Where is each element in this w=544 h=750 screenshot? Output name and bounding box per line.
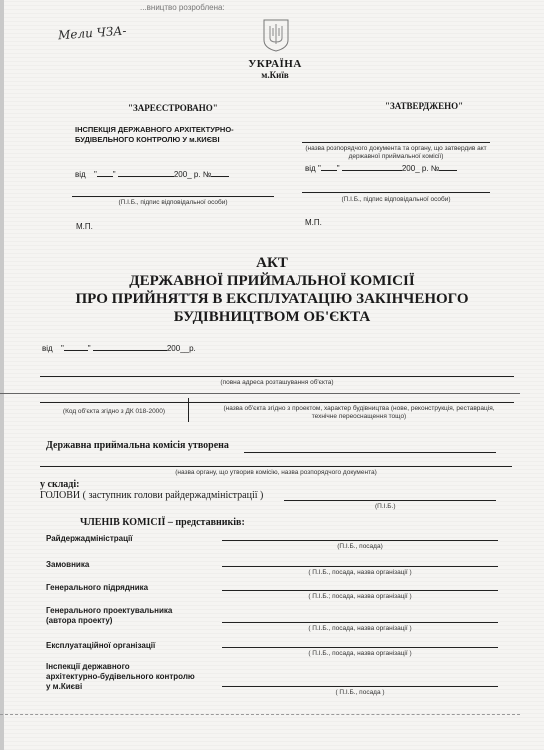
- commission-created-label: Державна приймальна комісія утворена: [46, 440, 229, 451]
- object-code-caption: (Код об'єкта згідно з ДК 018-2000): [40, 408, 188, 415]
- approved-document-line[interactable]: [302, 142, 490, 143]
- document-page: ...вництво розроблена: Мели ЧЗА- УКРАЇНА…: [0, 0, 544, 750]
- object-line[interactable]: [40, 402, 514, 403]
- approved-stamp: "ЗАТВЕРДЖЕНО": [385, 101, 463, 111]
- member-label-general-contractor: Генерального підрядника: [46, 583, 148, 592]
- org-line-2: БУДІВЕЛЬНОГО КОНТРОЛЮ У м.КИЄВІ: [75, 135, 234, 145]
- members-heading: ЧЛЕНІВ КОМІСІЇ – представників:: [80, 517, 245, 528]
- composition-label: у складі:: [40, 479, 79, 490]
- document-title: АКТ ДЕРЖАВНОЇ ПРИЙМАЛЬНОЇ КОМІСІЇ ПРО ПР…: [0, 254, 544, 326]
- commission-created-caption: (назва органу, що утворив комісію, назва…: [40, 469, 512, 476]
- object-divider: [188, 398, 189, 422]
- member-line-district-administration[interactable]: [222, 540, 498, 541]
- member-caption-general-designer: ( П.І.Б., посада, назва організації ): [222, 625, 498, 632]
- address-continuation-line[interactable]: [0, 393, 520, 394]
- country-name: УКРАЇНА: [240, 58, 310, 70]
- member-line-inspection[interactable]: [222, 686, 498, 687]
- address-line[interactable]: [40, 376, 514, 377]
- registered-seal-label: М.П.: [76, 222, 93, 231]
- act-date-field[interactable]: від "" 200__р.: [42, 344, 196, 353]
- faded-header-text: ...вництво розроблена:: [140, 3, 225, 12]
- title-line-3: ПРО ПРИЙНЯТТЯ В ЕКСПЛУАТАЦІЮ ЗАКІНЧЕНОГО: [0, 290, 544, 308]
- approved-signature-line[interactable]: [302, 192, 490, 193]
- city-name: м.Київ: [240, 70, 310, 80]
- member-label-general-designer: Генерального проектувальника (автора про…: [46, 606, 172, 626]
- registered-organization: ІНСПЕКЦІЯ ДЕРЖАВНОГО АРХІТЕКТУРНО- БУДІВ…: [75, 125, 234, 145]
- title-line-1: АКТ: [0, 254, 544, 272]
- member-line-general-contractor[interactable]: [222, 590, 498, 591]
- member-caption-general-contractor: ( П.І.Б.; посада, назва організації ): [222, 593, 498, 600]
- registered-signature-line[interactable]: [72, 196, 274, 197]
- member-line-customer[interactable]: [222, 566, 498, 567]
- approved-document-caption: (назва розпорядчого документа та органу,…: [298, 145, 494, 161]
- approved-signature-caption: (П.І.Б., підпис відповідальної особи): [302, 196, 490, 203]
- registered-signature-caption: (П.І.Б., підпис відповідальної особи): [72, 199, 274, 206]
- object-name-caption: (назва об'єкта згідно з проектом, характ…: [194, 405, 524, 421]
- page-fold-line: [0, 714, 520, 715]
- member-line-general-designer[interactable]: [222, 622, 498, 623]
- member-caption-operating-organization: ( П.І.Б., посада, назва організації ): [222, 650, 498, 657]
- member-caption-inspection: ( П.І.Б., посада ): [222, 689, 498, 696]
- head-caption: (П.І.Б.): [375, 503, 396, 510]
- address-caption: (повна адреса розташування об'єкта): [40, 379, 514, 386]
- registered-stamp: "ЗАРЕЄСТРОВАНО": [128, 103, 218, 113]
- member-line-operating-organization[interactable]: [222, 647, 498, 648]
- approved-date-field[interactable]: від "" 200_ р. №: [305, 164, 457, 173]
- approved-seal-label: М.П.: [305, 218, 322, 227]
- member-caption-customer: ( П.І.Б., посада, назва організації ): [222, 569, 498, 576]
- member-label-district-administration: Райдержадміністрації: [46, 534, 133, 543]
- scan-edge: [0, 0, 4, 750]
- title-line-4: БУДІВНИЦТВОМ ОБ'ЄКТА: [0, 308, 544, 326]
- member-label-inspection: Інспекції державного архітектурно-будіве…: [46, 662, 195, 692]
- title-line-2: ДЕРЖАВНОЇ ПРИЙМАЛЬНОЇ КОМІСІЇ: [0, 272, 544, 290]
- head-name-line[interactable]: [284, 500, 496, 501]
- trident-emblem-icon: [262, 18, 290, 52]
- org-line-1: ІНСПЕКЦІЯ ДЕРЖАВНОГО АРХІТЕКТУРНО-: [75, 125, 234, 135]
- head-label: ГОЛОВИ ( заступник голови райдержадмініс…: [40, 490, 263, 501]
- member-caption-district-administration: (П.І.Б., посада): [222, 543, 498, 550]
- member-label-customer: Замовника: [46, 560, 89, 569]
- handwritten-note: Мели ЧЗА-: [58, 24, 127, 43]
- commission-created-line-2[interactable]: [40, 466, 512, 467]
- commission-created-line[interactable]: [244, 452, 496, 453]
- registered-date-field[interactable]: від "" 200_ р. №: [75, 170, 229, 179]
- member-label-operating-organization: Експлуатаційної організації: [46, 641, 155, 650]
